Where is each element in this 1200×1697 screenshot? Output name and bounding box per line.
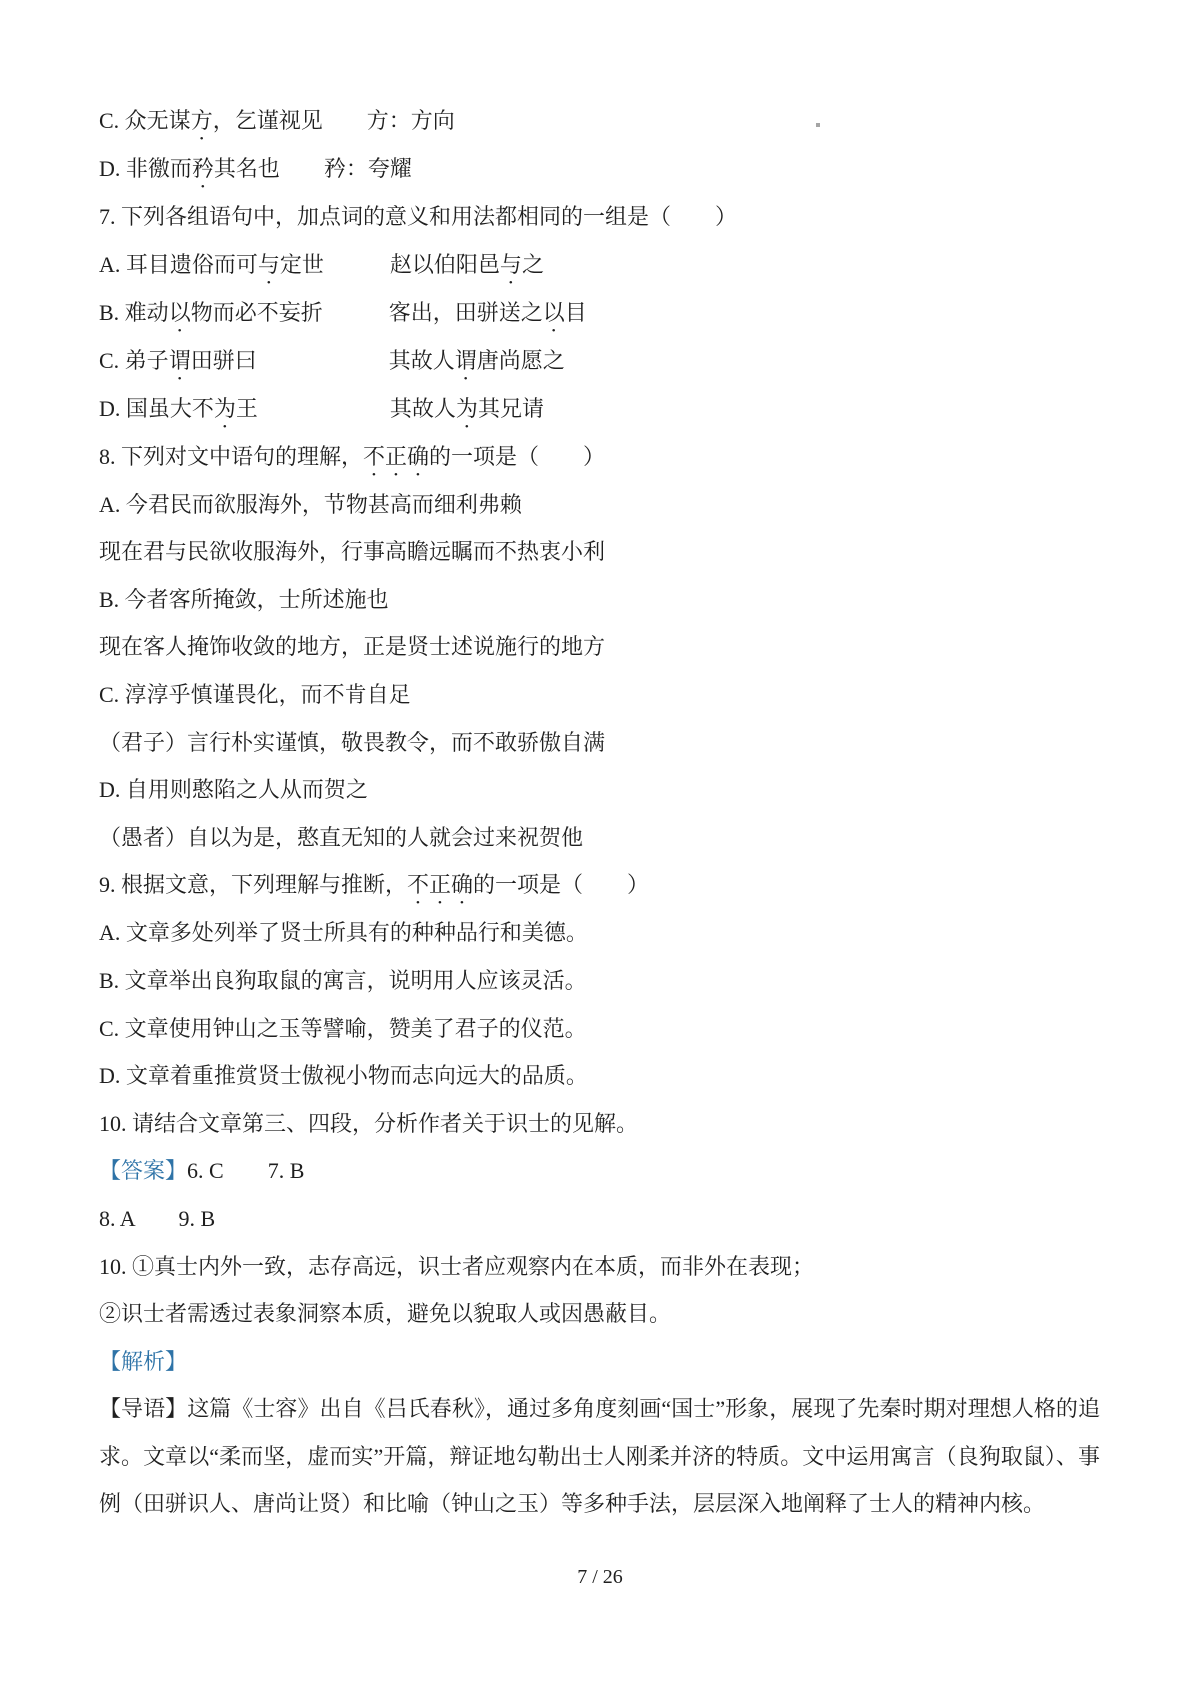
section-label: 【答案】 (99, 1158, 187, 1183)
option-c-q8-translation: （君子）言行朴实谨慎，敬畏教令，而不敢骄傲自满 (99, 719, 1100, 767)
text-segment: 田骈曰 其故人 (191, 348, 455, 373)
text-segment: D. 自用则憨陷之人从而贺之 (99, 777, 368, 802)
text-segment: 现在客人掩饰收敛的地方，正是贤士述说施行的地方 (99, 634, 605, 659)
text-segment: B. 难动 (99, 300, 169, 325)
emphasis-dotted-text: 与 (500, 252, 522, 277)
emphasis-dotted-text: 谓 (169, 348, 191, 373)
text-segment: 物而必不妄折 客出，田骈送之 (191, 300, 543, 325)
text-segment: 9. 根据文意，下列理解与推断， (99, 872, 407, 897)
question-8: 8. 下列对文中语句的理解，不正确的一项是（ ） (99, 433, 1100, 481)
option-d-q6: D. 非徼而矜其名也 矜：夸耀 (99, 145, 1100, 193)
exam-document-page: C. 众无谋方，乞谨视见 方：方向D. 非徼而矜其名也 矜：夸耀7. 下列各组语… (0, 0, 1200, 1697)
text-segment: （愚者）自以为是，憨直无知的人就会过来祝贺他 (99, 825, 583, 850)
option-a-q8: A. 今君民而欲服海外，节物甚高而细利弗赖 (99, 481, 1100, 529)
text-segment: C. 文章使用钟山之玉等譬喻，赞美了君子的仪范。 (99, 1016, 587, 1041)
text-segment: 定世 赵以伯阳邑 (280, 252, 500, 277)
document-body: C. 众无谋方，乞谨视见 方：方向D. 非徼而矜其名也 矜：夸耀7. 下列各组语… (99, 97, 1100, 1528)
text-segment: 8. A 9. B (99, 1206, 215, 1231)
option-b-q8-translation: 现在客人掩饰收敛的地方，正是贤士述说施行的地方 (99, 623, 1100, 671)
text-segment: 目 (565, 300, 587, 325)
text-segment: A. 耳目遗俗而可 (99, 252, 258, 277)
scan-artifact (816, 123, 820, 127)
analysis-label-line: 【解析】 (99, 1338, 1100, 1386)
analysis-intro-paragraph: 【导语】这篇《士容》出自《吕氏春秋》，通过多角度刻画“国士”形象，展现了先秦时期… (99, 1385, 1100, 1528)
option-c-q7: C. 弟子谓田骈曰 其故人谓唐尚愿之 (99, 337, 1100, 385)
text-segment: D. 文章着重推赏贤士傲视小物而志向远大的品质。 (99, 1063, 588, 1088)
option-b-q7: B. 难动以物而必不妄折 客出，田骈送之以目 (99, 289, 1100, 337)
answer-line-4: ②识士者需透过表象洞察本质，避免以貌取人或因愚蔽目。 (99, 1290, 1100, 1338)
option-a-q9: A. 文章多处列举了贤士所具有的种种品行和美德。 (99, 909, 1100, 957)
text-segment: 唐尚愿之 (477, 348, 565, 373)
text-segment: 【导语】这篇《士容》出自《吕氏春秋》，通过多角度刻画“国士”形象，展现了先秦时期… (99, 1396, 1100, 1516)
option-c-q6: C. 众无谋方，乞谨视见 方：方向 (99, 97, 1100, 145)
option-d-q9: D. 文章着重推赏贤士傲视小物而志向远大的品质。 (99, 1052, 1100, 1100)
text-segment: D. 国虽大不 (99, 396, 214, 421)
text-segment: 10. ①真士内外一致，志存高远，识士者应观察内在本质，而非外在表现； (99, 1254, 814, 1279)
text-segment: 10. 请结合文章第三、四段，分析作者关于识士的见解。 (99, 1111, 638, 1136)
option-b-q9: B. 文章举出良狗取鼠的寓言，说明用人应该灵活。 (99, 957, 1100, 1005)
text-segment: C. 众无谋 (99, 108, 191, 133)
emphasis-dotted-text: 与 (258, 252, 280, 277)
text-segment: 现在君与民欲收服海外，行事高瞻远瞩而不热衷小利 (99, 539, 605, 564)
text-segment: 6. C 7. B (187, 1158, 304, 1183)
text-segment: B. 文章举出良狗取鼠的寓言，说明用人应该灵活。 (99, 968, 587, 993)
text-segment: 王 其故人 (236, 396, 456, 421)
option-a-q7: A. 耳目遗俗而可与定世 赵以伯阳邑与之 (99, 241, 1100, 289)
text-segment: A. 今君民而欲服海外，节物甚高而细利弗赖 (99, 492, 522, 517)
question-9: 9. 根据文意，下列理解与推断，不正确的一项是（ ） (99, 861, 1100, 909)
text-segment: ②识士者需透过表象洞察本质，避免以貌取人或因愚蔽目。 (99, 1301, 671, 1326)
option-d-q8: D. 自用则憨陷之人从而贺之 (99, 766, 1100, 814)
text-segment: ，乞谨视见 方：方向 (213, 108, 455, 133)
text-segment: B. 今者客所掩敛，士所述施也 (99, 587, 389, 612)
page-number: 7 / 26 (0, 1562, 1200, 1592)
option-a-q8-translation: 现在君与民欲收服海外，行事高瞻远瞩而不热衷小利 (99, 528, 1100, 576)
text-segment: 其名也 矜：夸耀 (214, 156, 412, 181)
answer-line-2: 8. A 9. B (99, 1195, 1100, 1243)
emphasis-dotted-text: 谓 (455, 348, 477, 373)
text-segment: 其兄请 (478, 396, 544, 421)
emphasis-dotted-text: 以 (543, 300, 565, 325)
option-c-q9: C. 文章使用钟山之玉等譬喻，赞美了君子的仪范。 (99, 1005, 1100, 1053)
text-segment: （君子）言行朴实谨慎，敬畏教令，而不敢骄傲自满 (99, 730, 605, 755)
text-segment: 之 (522, 252, 544, 277)
option-d-q7: D. 国虽大不为王 其故人为其兄请 (99, 385, 1100, 433)
option-c-q8: C. 淳淳乎慎谨畏化，而不肯自足 (99, 671, 1100, 719)
emphasis-dotted-text: 不正确 (407, 872, 473, 897)
emphasis-dotted-text: 矜 (192, 156, 214, 181)
text-segment: 的一项是（ ） (429, 444, 605, 469)
emphasis-dotted-text: 不正确 (363, 444, 429, 469)
emphasis-dotted-text: 以 (169, 300, 191, 325)
text-segment: C. 淳淳乎慎谨畏化，而不肯自足 (99, 682, 411, 707)
section-label: 【解析】 (99, 1349, 187, 1374)
option-d-q8-translation: （愚者）自以为是，憨直无知的人就会过来祝贺他 (99, 814, 1100, 862)
text-segment: 7. 下列各组语句中，加点词的意义和用法都相同的一组是（ ） (99, 204, 737, 229)
emphasis-dotted-text: 为 (456, 396, 478, 421)
emphasis-dotted-text: 为 (214, 396, 236, 421)
question-10: 10. 请结合文章第三、四段，分析作者关于识士的见解。 (99, 1100, 1100, 1148)
text-segment: D. 非徼而 (99, 156, 192, 181)
text-segment: 8. 下列对文中语句的理解， (99, 444, 363, 469)
question-7: 7. 下列各组语句中，加点词的意义和用法都相同的一组是（ ） (99, 193, 1100, 241)
emphasis-dotted-text: 方 (191, 108, 213, 133)
answer-line-3: 10. ①真士内外一致，志存高远，识士者应观察内在本质，而非外在表现； (99, 1243, 1100, 1291)
text-segment: A. 文章多处列举了贤士所具有的种种品行和美德。 (99, 920, 588, 945)
text-segment: 的一项是（ ） (473, 872, 649, 897)
answer-line-1: 【答案】6. C 7. B (99, 1147, 1100, 1195)
option-b-q8: B. 今者客所掩敛，士所述施也 (99, 576, 1100, 624)
text-segment: C. 弟子 (99, 348, 169, 373)
